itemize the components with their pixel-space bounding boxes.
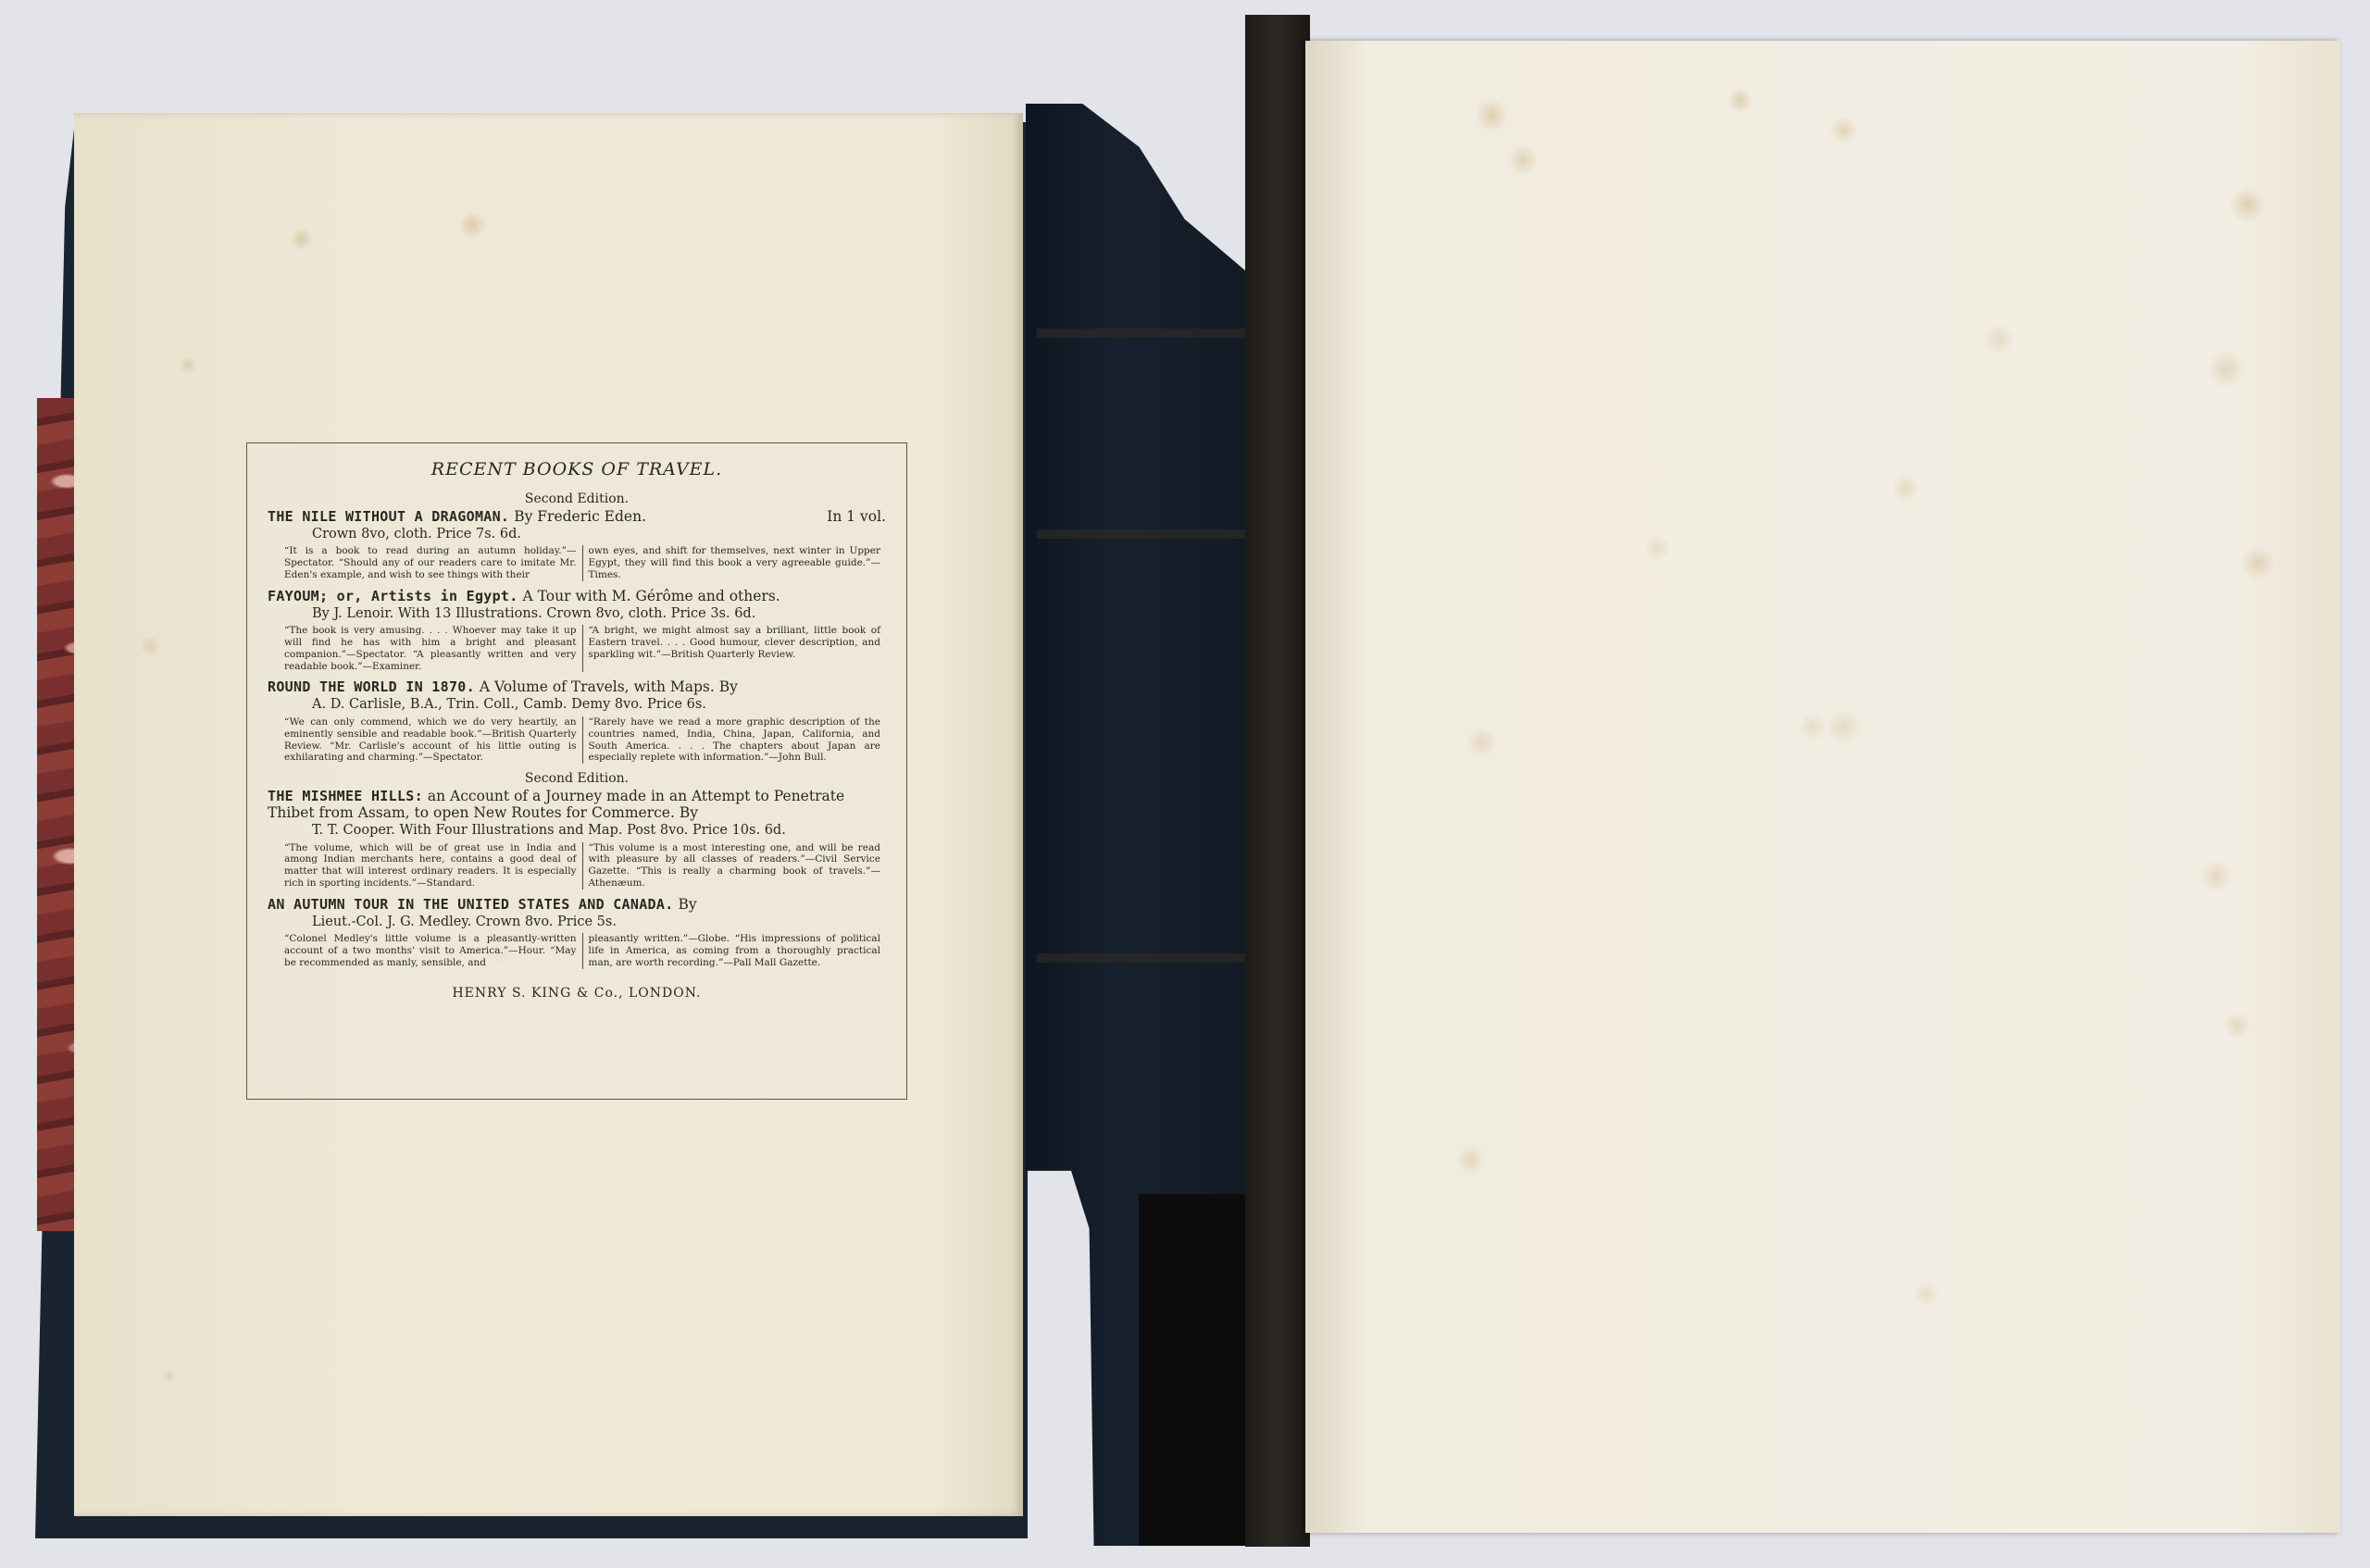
book-heading: FAYOUM; or, Artists in Egypt. A Tour wit… [268, 589, 886, 605]
book-entry: FAYOUM; or, Artists in Egypt. A Tour wit… [268, 589, 886, 673]
reviews-right: pleasantly written.”—Globe. “His impress… [583, 933, 887, 968]
advertisement-box: RECENT BOOKS OF TRAVEL. Second Edition. … [246, 442, 907, 1100]
book-heading: THE MISHMEE HILLS: an Account of a Journ… [268, 789, 886, 822]
reviews-left: “We can only commend, which we do very h… [279, 716, 583, 764]
book-title: ROUND THE WORLD IN 1870. [268, 678, 475, 695]
ad-title: RECENT BOOKS OF TRAVEL. [268, 460, 886, 480]
right-endpaper-page [1305, 41, 2340, 1533]
book-reviews: “The volume, which will be of great use … [279, 842, 886, 890]
book-details: By J. Lenoir. With 13 Illustrations. Cro… [268, 606, 886, 622]
book-reviews: “We can only commend, which we do very h… [279, 716, 886, 764]
reviews-right: “A bright, we might almost say a brillia… [583, 625, 887, 672]
edition-label: Second Edition. [268, 771, 886, 786]
book-entry: Second Edition. THE NILE WITHOUT A DRAGO… [268, 492, 886, 581]
book-heading: AN AUTUMN TOUR IN THE UNITED STATES AND … [268, 897, 886, 914]
book-details: Lieut.-Col. J. G. Medley. Crown 8vo. Pri… [268, 915, 886, 930]
book-title: AN AUTUMN TOUR IN THE UNITED STATES AND … [268, 896, 674, 913]
reviews-left: “It is a book to read during an autumn h… [279, 545, 583, 580]
book-heading: ROUND THE WORLD IN 1870. A Volume of Tra… [268, 679, 886, 696]
book-details: T. T. Cooper. With Four Illustrations an… [268, 823, 886, 839]
book-reviews: “It is a book to read during an autumn h… [279, 545, 886, 580]
spine-band [1037, 529, 1250, 539]
book-title: FAYOUM; or, Artists in Egypt. [268, 588, 518, 604]
book-entry: ROUND THE WORLD IN 1870. A Volume of Tra… [268, 679, 886, 764]
book-entry: AN AUTUMN TOUR IN THE UNITED STATES AND … [268, 897, 886, 969]
book-extra: In 1 vol. [827, 509, 886, 526]
spine-band [1037, 953, 1250, 963]
book-reviews: “Colonel Medley's little volume is a ple… [279, 933, 886, 968]
book-title: THE MISHMEE HILLS: [268, 788, 423, 804]
book-byline: A Tour with M. Gérôme and others. [523, 588, 780, 604]
reviews-left: “Colonel Medley's little volume is a ple… [279, 933, 583, 968]
book-byline: By [678, 896, 696, 913]
book-byline: A Volume of Travels, with Maps. By [480, 678, 738, 695]
text-block-spine [1245, 15, 1310, 1547]
spine-torn-backing [1139, 1194, 1259, 1546]
book-details: A. D. Carlisle, B.A., Trin. Coll., Camb.… [268, 697, 886, 713]
reviews-right: “This volume is a most interesting one, … [583, 842, 887, 890]
book-reviews: “The book is very amusing. . . . Whoever… [279, 625, 886, 672]
spine-band [1037, 329, 1250, 338]
reviews-right: “Rarely have we read a more graphic desc… [583, 716, 887, 764]
edition-label: Second Edition. [268, 492, 886, 506]
reviews-left: “The book is very amusing. . . . Whoever… [279, 625, 583, 672]
book-title: THE NILE WITHOUT A DRAGOMAN. [268, 508, 509, 525]
publisher-imprint: HENRY S. KING & Co., LONDON. [268, 986, 886, 1001]
book-heading: THE NILE WITHOUT A DRAGOMAN. By Frederic… [268, 509, 886, 526]
book-entry: Second Edition. THE MISHMEE HILLS: an Ac… [268, 771, 886, 890]
book-byline: By Frederic Eden. [514, 508, 646, 525]
book-details: Crown 8vo, cloth. Price 7s. 6d. [268, 527, 886, 542]
reviews-left: “The volume, which will be of great use … [279, 842, 583, 890]
reviews-right: own eyes, and shift for themselves, next… [583, 545, 887, 580]
